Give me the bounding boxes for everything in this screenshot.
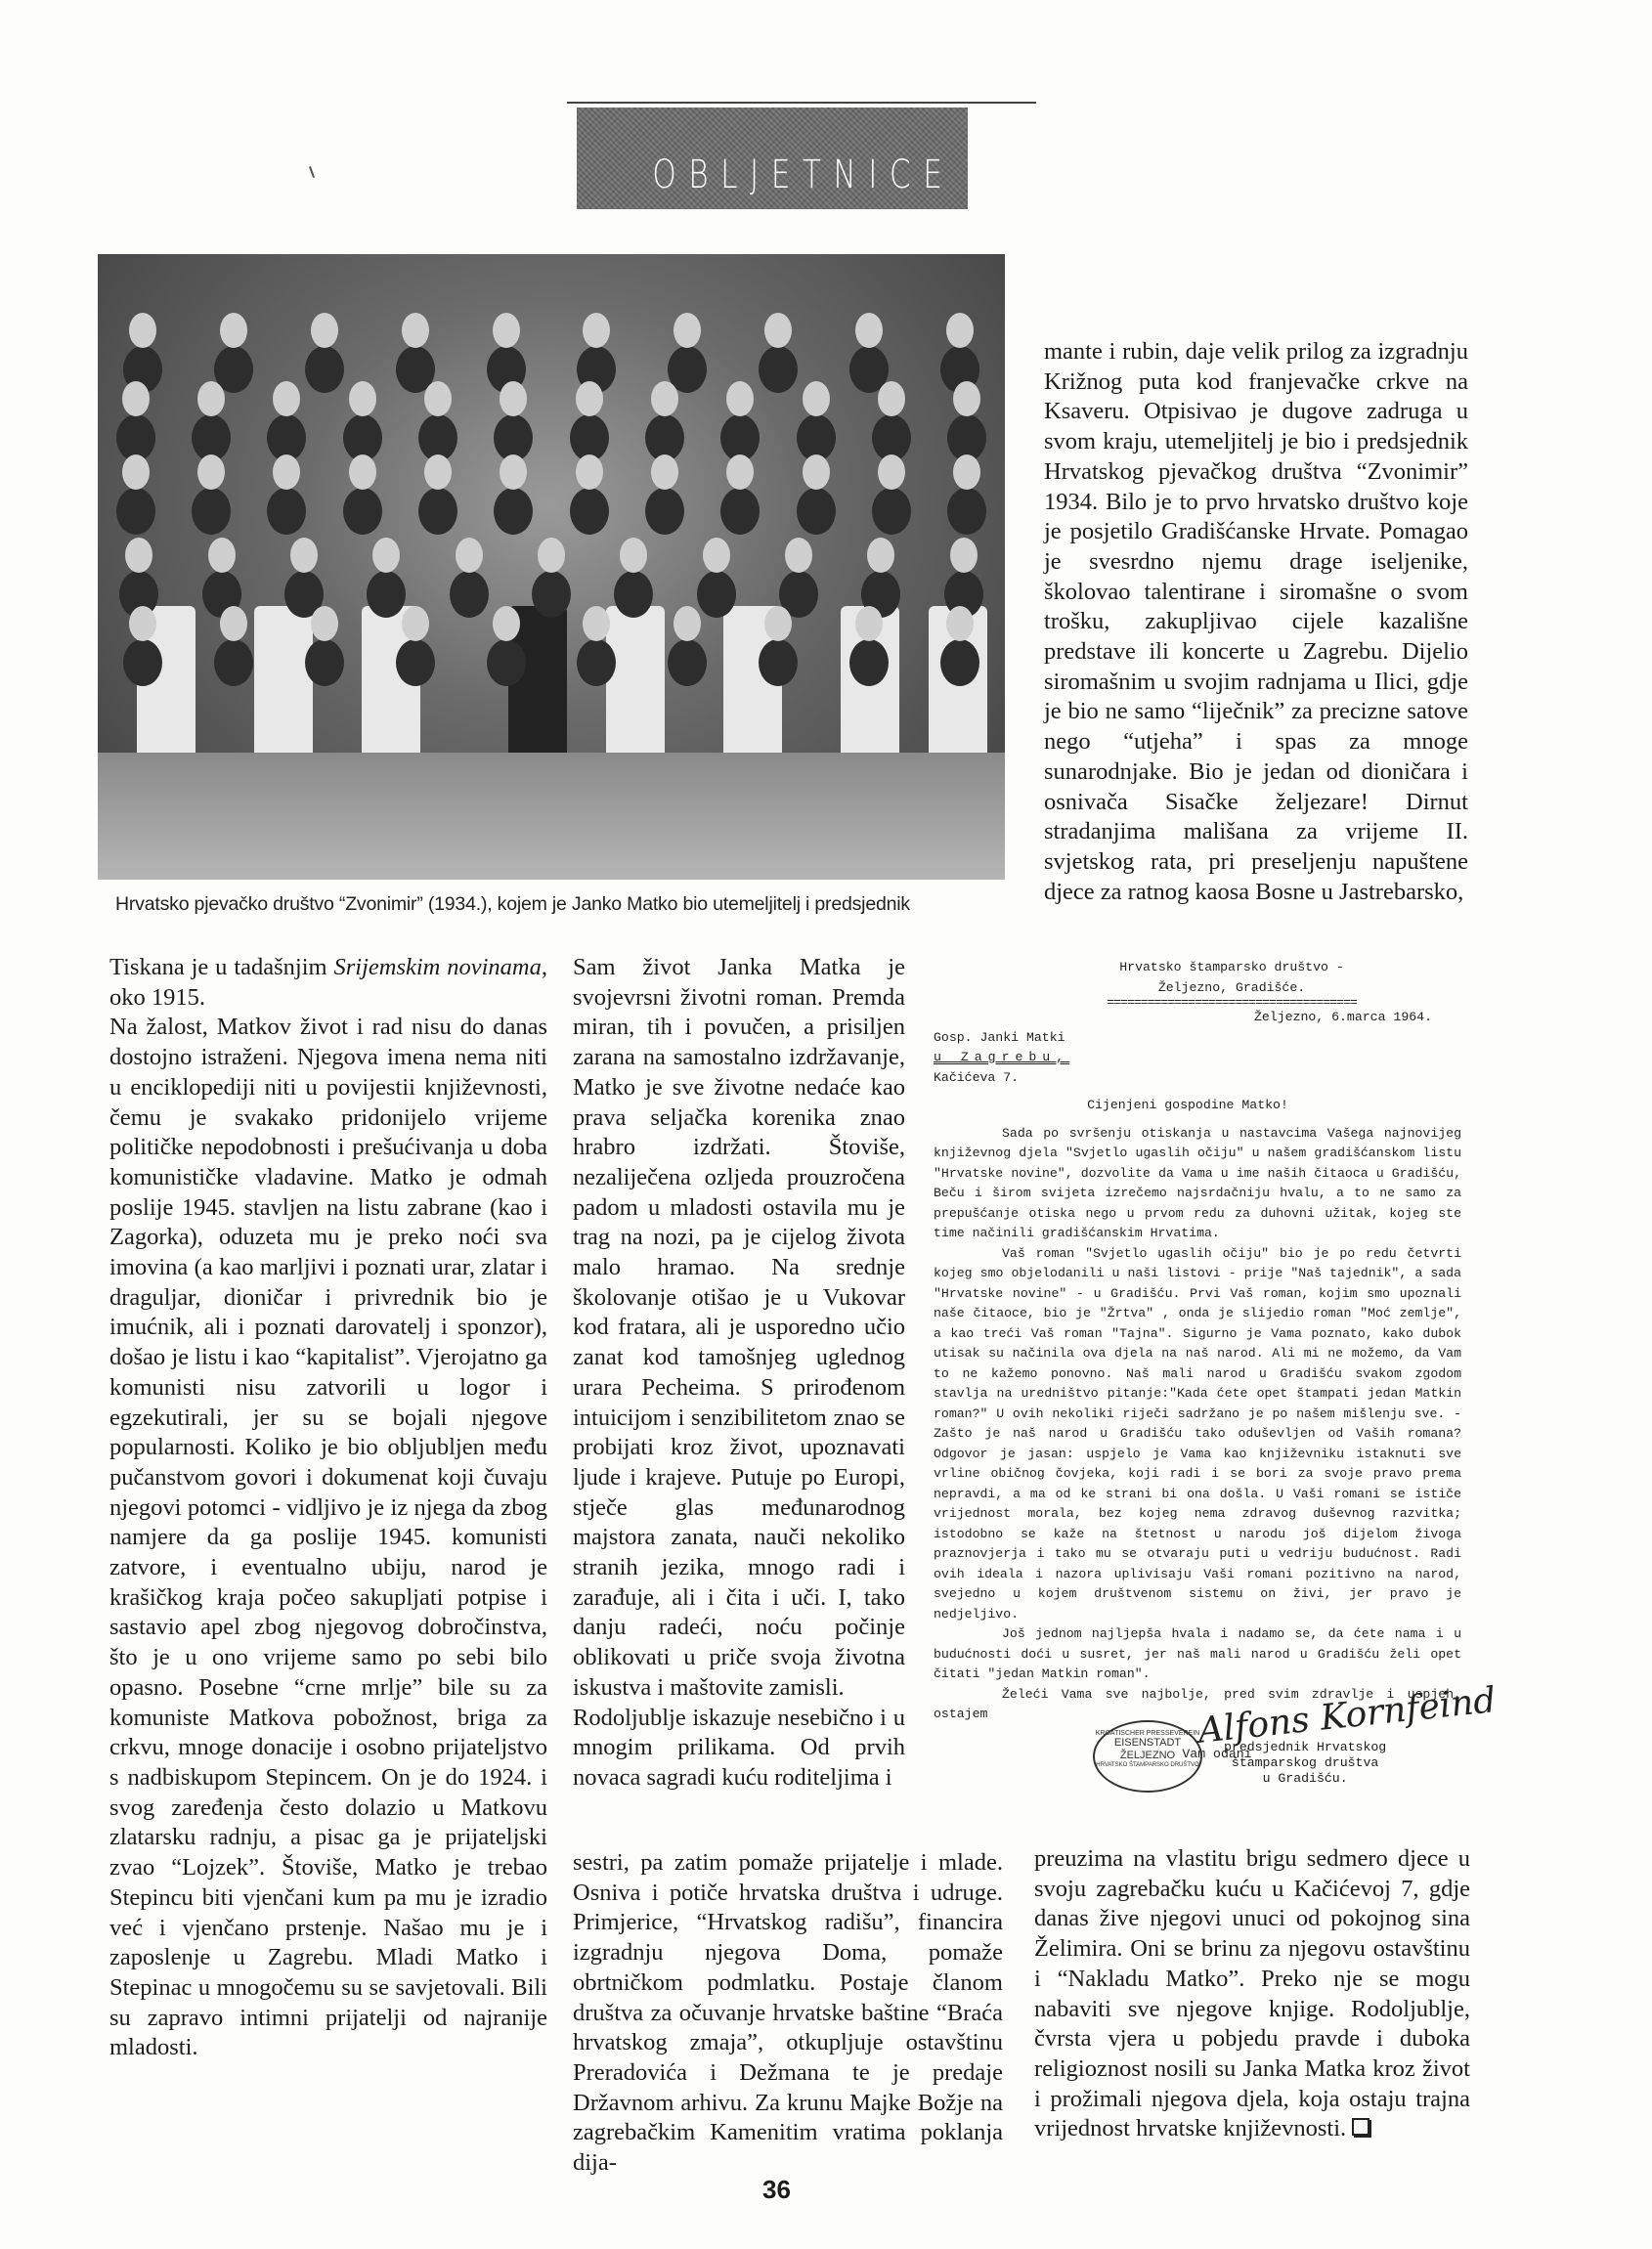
photo-row <box>98 538 1005 573</box>
photo-row <box>98 454 1005 490</box>
letter-separator: ===================================== <box>1002 998 1461 1008</box>
page-number: 36 <box>762 2175 791 2205</box>
letter-paragraph: Još jednom najljepša hvala i nadamo se, … <box>934 1624 1461 1685</box>
section-title: OBLJETNICE <box>652 152 954 197</box>
end-of-article-icon <box>1352 2118 1369 2136</box>
article-column-right-top: mante i rubin, daje velik prilog za izgr… <box>1044 337 1468 907</box>
letter-paragraph: Vaš roman "Svjetlo ugaslih očiju" bio je… <box>934 1244 1461 1625</box>
stamp-top-text: KROATISCHER PRESSEVEREIN <box>1095 1730 1200 1737</box>
text-run: preuzima na vlastitu brigu sedmero djece… <box>1034 1845 1470 2141</box>
letter-recipient-line3: Kačićeva 7. <box>934 1068 1461 1089</box>
article-column-left: Tiskana je u tadašnjim Srijemskim novina… <box>109 953 547 2063</box>
stamp-city-1: EISENSTADT <box>1095 1737 1200 1750</box>
signer-title-line: predsjednik Hrvatskog <box>1224 1740 1386 1755</box>
paragraph: mante i rubin, daje velik prilog za izgr… <box>1044 337 1468 907</box>
article-column-middle: Sam život Janka Matka je svojevrsni živo… <box>573 953 905 1794</box>
signer-title-line: štamparskog društva <box>1224 1755 1386 1771</box>
header-rule <box>567 102 1036 104</box>
newspaper-title: Srijemskim novinama <box>333 954 541 980</box>
paragraph: Na žalost, Matkov život i rad nisu do da… <box>109 1013 547 2063</box>
article-column-right-bottom: preuzima na vlastitu brigu sedmero djece… <box>1034 1844 1470 2144</box>
scanned-letter: Hrvatsko štamparsko društvo - Željezno, … <box>934 958 1461 1789</box>
paragraph: Rodoljublje iskazuje nesebično i u mnogi… <box>573 1704 905 1794</box>
paragraph: Tiskana je u tadašnjim Srijemskim novina… <box>109 953 547 1013</box>
letter-org-line1: Hrvatsko štamparsko društvo - <box>1002 958 1461 978</box>
paragraph: sestri, pa zatim pomaže prijatelje i mla… <box>573 1848 1003 2179</box>
photo-row <box>98 313 1005 348</box>
letter-date: Željezno, 6.marca 1964. <box>934 1008 1432 1028</box>
letter-recipient-line2: u Zagrebu, <box>934 1048 1461 1068</box>
letter-paragraph: Sada po svršenju otiskanja u nastavcima … <box>934 1124 1461 1244</box>
stamp-city-2: ŽELJEZNO <box>1095 1750 1200 1762</box>
society-stamp: KROATISCHER PRESSEVEREIN EISENSTADT ŽELJ… <box>1093 1720 1202 1793</box>
photo-ground <box>98 753 1005 880</box>
photo-caption: Hrvatsko pjevačko društvo “Zvonimir” (19… <box>115 893 1015 916</box>
signer-title-line: u Gradišću. <box>1224 1771 1386 1787</box>
stamp-bottom-text: HRVATSKO ŠTAMPARSKO DRUŠTVO <box>1095 1762 1200 1768</box>
letter-recipient-line1: Gosp. Janki Matki <box>934 1028 1461 1049</box>
paragraph: Sam život Janka Matka je svojevrsni živo… <box>573 953 905 1704</box>
photo-row <box>98 381 1005 416</box>
text-run: Tiskana je u tadašnjim <box>109 954 333 980</box>
photo-row <box>98 606 1005 641</box>
scan-mark <box>309 166 315 178</box>
letter-greeting: Cijenjeni gospodine Matko! <box>914 1096 1461 1116</box>
signer-title: predsjednik Hrvatskog štamparskog društv… <box>1224 1740 1386 1787</box>
choir-group-photo <box>98 254 1005 880</box>
paragraph: preuzima na vlastitu brigu sedmero djece… <box>1034 1844 1470 2144</box>
article-column-middle-wide: sestri, pa zatim pomaže prijatelje i mla… <box>573 1848 1003 2179</box>
section-banner: OBLJETNICE <box>577 108 968 209</box>
